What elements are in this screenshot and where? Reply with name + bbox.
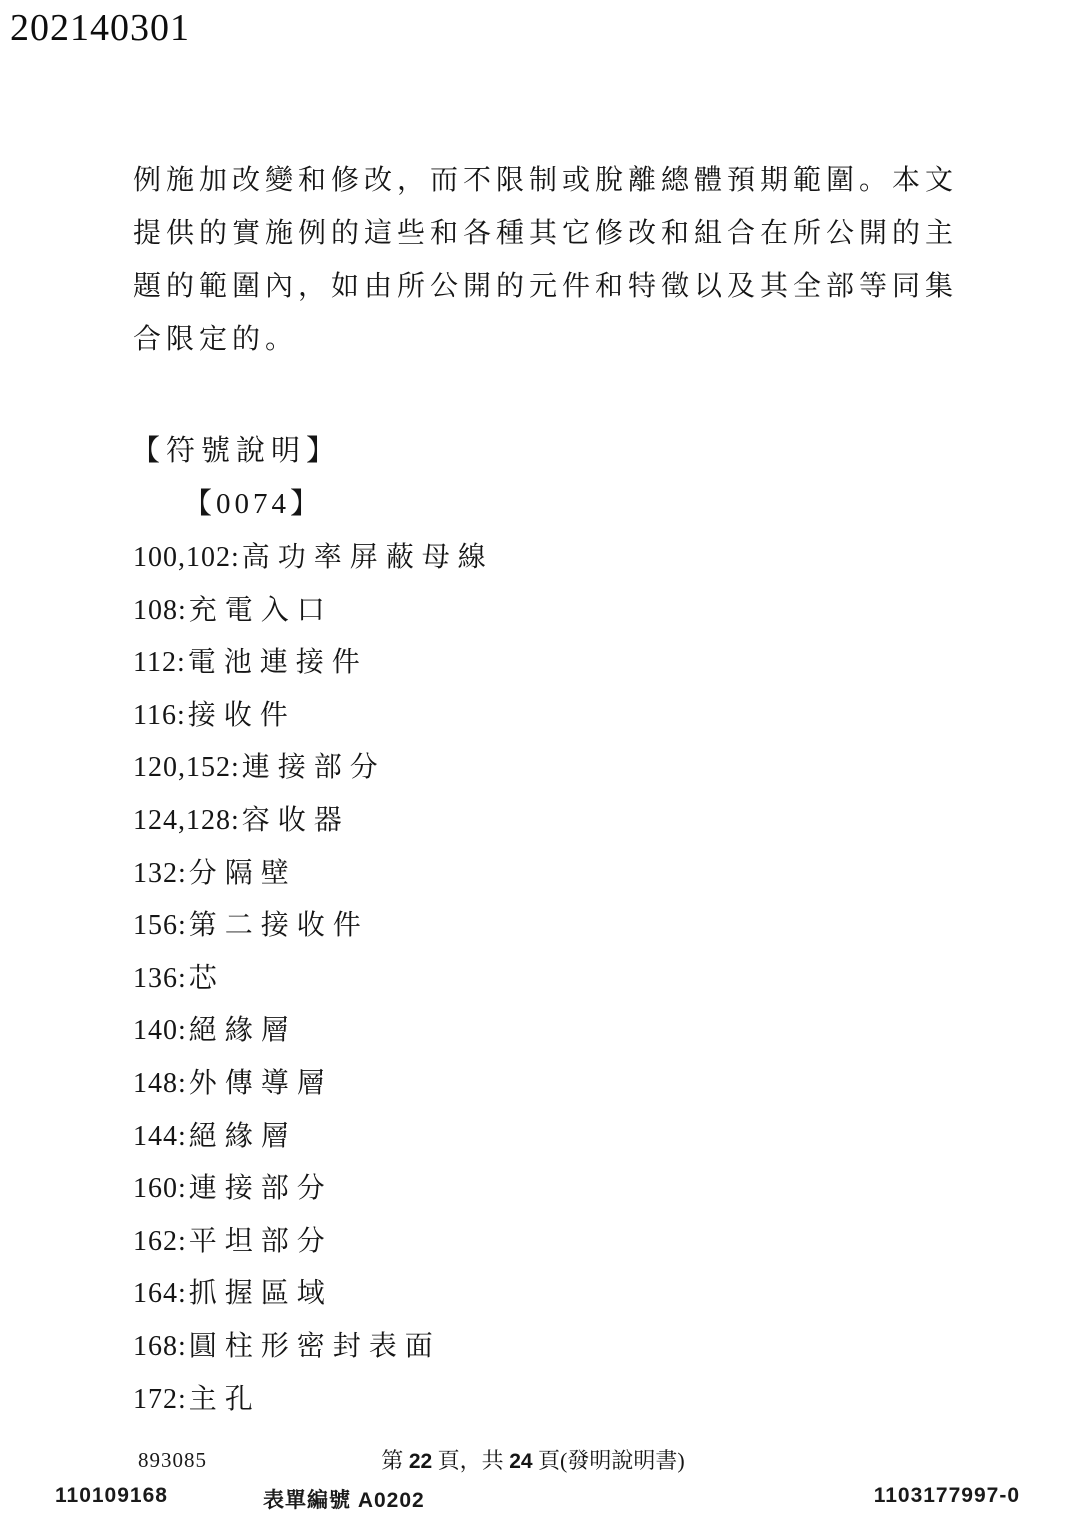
symbol-number: 140: bbox=[133, 1015, 187, 1046]
symbol-number: 124,128: bbox=[133, 805, 240, 836]
symbol-item: 136:芯 bbox=[133, 956, 494, 1009]
page-indicator-suffix: 頁(發明說明書) bbox=[533, 1448, 685, 1473]
symbol-label: 充電入口 bbox=[189, 595, 333, 626]
symbol-item: 124,128:容收器 bbox=[133, 798, 494, 851]
symbol-item: 160:連接部分 bbox=[133, 1166, 494, 1219]
symbol-number: 144: bbox=[133, 1121, 187, 1152]
symbol-item: 156:第二接收件 bbox=[133, 903, 494, 956]
total-page-number: 24 bbox=[509, 1450, 532, 1473]
symbol-item: 116:接收件 bbox=[133, 693, 494, 746]
symbol-label: 芯 bbox=[189, 963, 225, 994]
symbol-label: 主孔 bbox=[189, 1384, 261, 1415]
paragraph-line: 例施加改變和修改，而不限制或脫離總體預期範圍。本文 bbox=[133, 158, 963, 211]
symbol-label: 高功率屏蔽母線 bbox=[242, 542, 494, 573]
paragraph-line: 提供的實施例的這些和各種其它修改和組合在所公開的主 bbox=[133, 211, 963, 264]
symbol-list: 100,102:高功率屏蔽母線 108:充電入口 112:電池連接件 116:接… bbox=[133, 535, 494, 1429]
paragraph-line: 題的範圍內，如由所公開的元件和特徵以及其全部等同集 bbox=[133, 264, 963, 317]
symbol-item: 112:電池連接件 bbox=[133, 640, 494, 693]
symbol-number: 112: bbox=[133, 647, 186, 678]
symbol-number: 100,102: bbox=[133, 542, 240, 573]
symbol-number: 136: bbox=[133, 963, 187, 994]
symbol-number: 164: bbox=[133, 1278, 187, 1309]
symbol-label: 接收件 bbox=[188, 700, 296, 731]
symbol-label: 絕緣層 bbox=[189, 1121, 297, 1152]
symbol-item: 120,152:連接部分 bbox=[133, 745, 494, 798]
page-indicator: 第 22 頁，共 24 頁(發明說明書) bbox=[381, 1444, 684, 1475]
paragraph-line: 合限定的。 bbox=[133, 317, 963, 370]
paragraph-number-tag: 【0074】 bbox=[183, 481, 323, 522]
symbol-label: 電池連接件 bbox=[188, 647, 368, 678]
footer-bottom-row: 110109168 表單編號 A0202 1103177997-0 bbox=[0, 1484, 1080, 1514]
symbol-number: 120,152: bbox=[133, 752, 240, 783]
symbol-label: 容收器 bbox=[242, 805, 350, 836]
symbol-number: 148: bbox=[133, 1068, 187, 1099]
symbol-item: 172:主孔 bbox=[133, 1377, 494, 1430]
symbol-label: 絕緣層 bbox=[189, 1015, 297, 1046]
symbol-label: 圓柱形密封表面 bbox=[189, 1331, 441, 1362]
page-indicator-prefix: 第 bbox=[381, 1448, 409, 1473]
symbol-number: 116: bbox=[133, 700, 186, 731]
document-right-number: 1103177997-0 bbox=[874, 1484, 1020, 1508]
application-number: 110109168 bbox=[55, 1484, 168, 1508]
symbol-label: 平坦部分 bbox=[189, 1226, 333, 1257]
symbol-label: 第二接收件 bbox=[189, 910, 369, 941]
symbol-label: 連接部分 bbox=[189, 1173, 333, 1204]
symbol-number: 168: bbox=[133, 1331, 187, 1362]
symbol-label: 外傳導層 bbox=[189, 1068, 333, 1099]
symbol-number: 156: bbox=[133, 910, 187, 941]
footer-doc-code: 893085 bbox=[138, 1448, 207, 1473]
page-indicator-middle: 頁，共 bbox=[432, 1448, 509, 1473]
publication-number: 202140301 bbox=[10, 6, 190, 50]
symbol-number: 172: bbox=[133, 1384, 187, 1415]
symbol-item: 168:圓柱形密封表面 bbox=[133, 1324, 494, 1377]
symbol-item: 132:分隔壁 bbox=[133, 851, 494, 904]
form-number: 表單編號 A0202 bbox=[263, 1484, 425, 1514]
symbol-item: 148:外傳導層 bbox=[133, 1061, 494, 1114]
closing-paragraph: 例施加改變和修改，而不限制或脫離總體預期範圍。本文 提供的實施例的這些和各種其它… bbox=[133, 158, 963, 370]
symbol-label: 連接部分 bbox=[242, 752, 386, 783]
symbol-label: 抓握區域 bbox=[189, 1278, 333, 1309]
current-page-number: 22 bbox=[409, 1450, 432, 1473]
symbol-label: 分隔壁 bbox=[189, 858, 297, 889]
symbol-item: 144:絕緣層 bbox=[133, 1114, 494, 1167]
symbols-section-heading: 【符號說明】 bbox=[131, 428, 341, 469]
symbol-item: 164:抓握區域 bbox=[133, 1271, 494, 1324]
symbol-number: 162: bbox=[133, 1226, 187, 1257]
symbol-item: 108:充電入口 bbox=[133, 588, 494, 641]
symbol-number: 160: bbox=[133, 1173, 187, 1204]
symbol-number: 132: bbox=[133, 858, 187, 889]
symbol-item: 140:絕緣層 bbox=[133, 1008, 494, 1061]
symbol-item: 100,102:高功率屏蔽母線 bbox=[133, 535, 494, 588]
patent-document-page: 202140301 例施加改變和修改，而不限制或脫離總體預期範圍。本文 提供的實… bbox=[0, 0, 1080, 1526]
symbol-number: 108: bbox=[133, 595, 187, 626]
symbol-item: 162:平坦部分 bbox=[133, 1219, 494, 1272]
